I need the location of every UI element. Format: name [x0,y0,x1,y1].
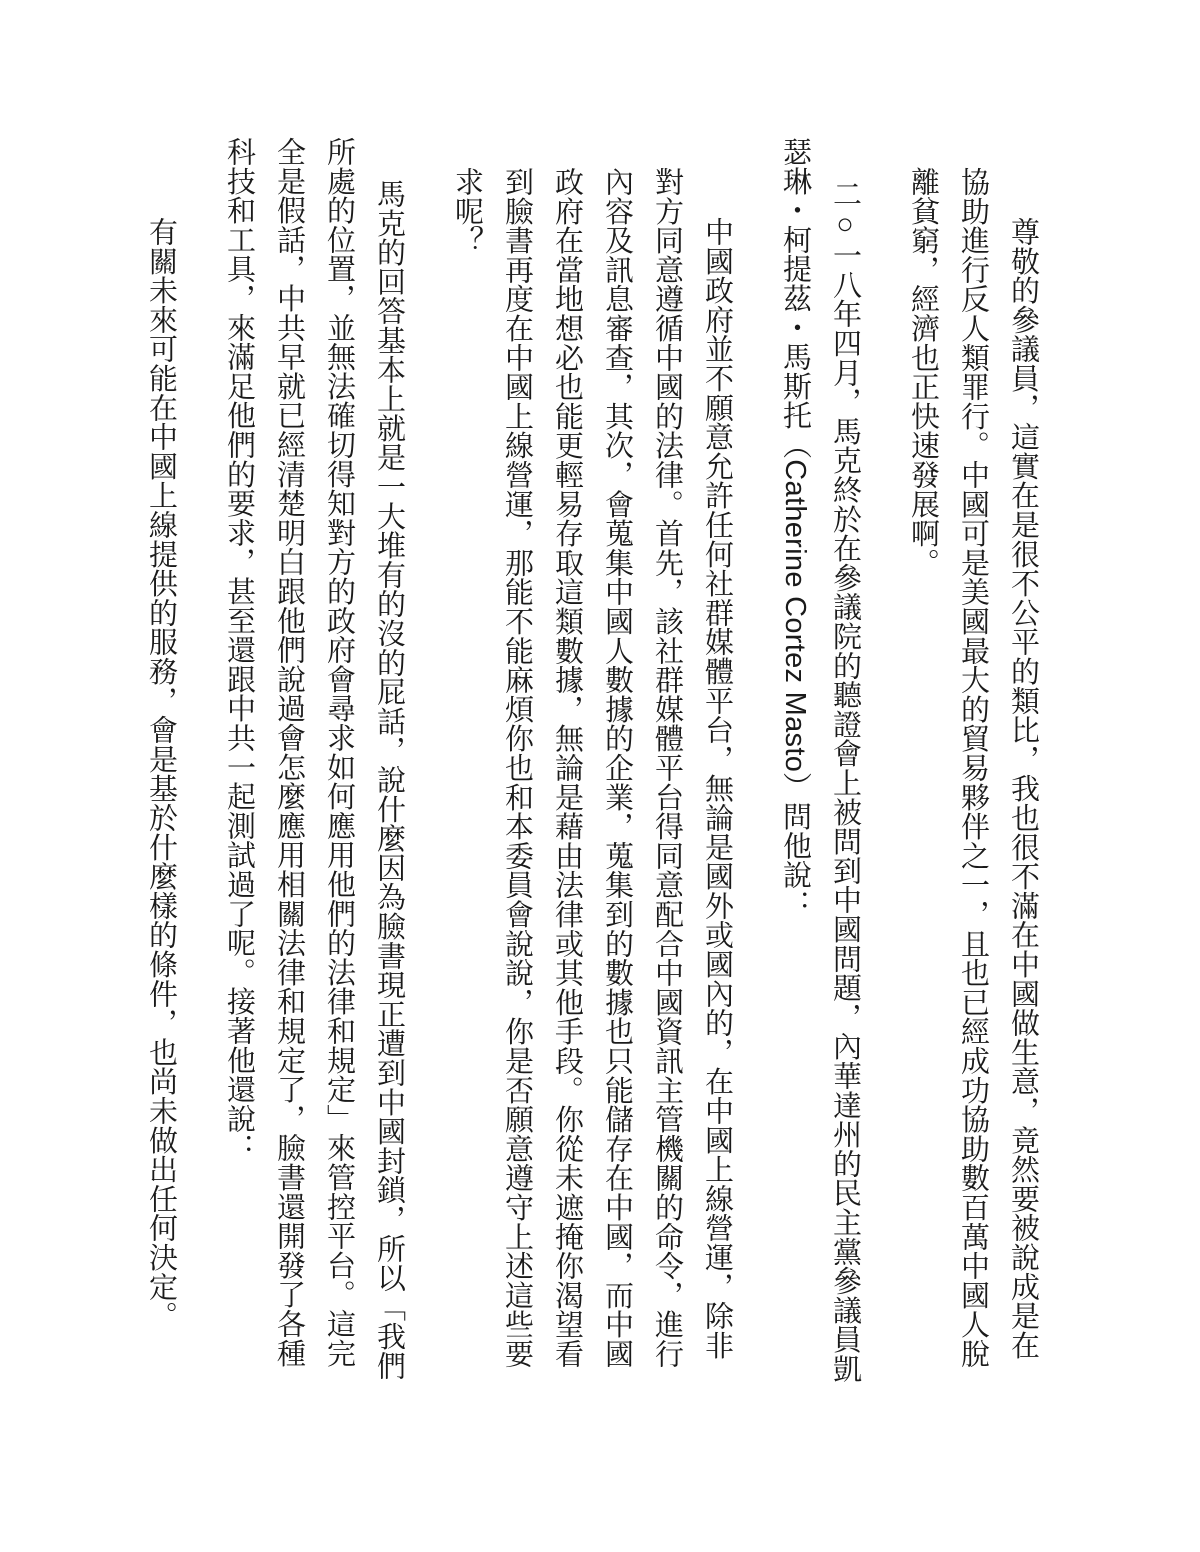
page-text: 尊敬的參議員，這實在是很不公平的類比，我也很不滿在中國做生意，竟然要被說成是在協… [108,137,1048,1387]
narrative-paragraph-1: 二○一八年四月，馬克終於在參議院的聽證會上被問到中國問題，內華達州的民主黨參議員… [770,137,870,1387]
narrative-paragraph-2: 馬克的回答基本上就是一大堆有的沒的屁話，說什麼因為臉書現正遭到中國封鎖，所以「我… [214,137,414,1387]
quote-paragraph-1: 尊敬的參議員，這實在是很不公平的類比，我也很不滿在中國做生意，竟然要被說成是在協… [898,167,1048,1387]
quote-paragraph-2: 中國政府並不願意允許任何社群媒體平台，無論是國外或國內的，在中國上線營運，除非對… [442,167,742,1387]
book-page: 尊敬的參議員，這實在是很不公平的類比，我也很不滿在中國做生意，竟然要被說成是在協… [0,0,1200,1552]
quote-paragraph-3: 有關未來可能在中國上線提供的服務，會是基於什麼樣的條件，也尚未做出任何決定。 [136,167,186,1387]
